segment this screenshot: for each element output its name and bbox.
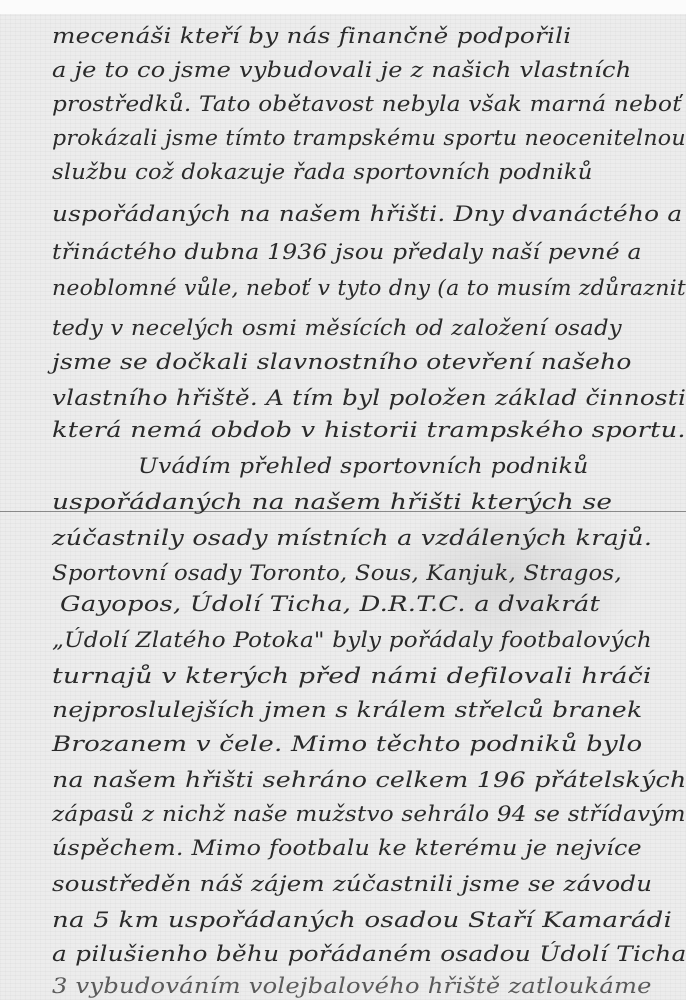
handwritten-line: zúčastnily osady místních a vzdálených k… xyxy=(52,526,652,550)
handwritten-line: uspořádaných na našem hřišti. Dny dvanác… xyxy=(52,202,682,226)
handwritten-line: a pilušienho běhu pořádaném osadou Údolí… xyxy=(52,942,686,966)
handwritten-line: soustředěn náš zájem zúčastnili jsme se … xyxy=(52,872,652,896)
handwritten-line: mecenáši kteří by nás finančně podpořili xyxy=(52,24,571,48)
handwritten-line: prokázali jsme tímto trampskému sportu n… xyxy=(52,126,686,150)
handwritten-line: „Údolí Zlatého Potoka" byly pořádaly foo… xyxy=(52,628,652,652)
handwritten-line: nejproslulejších jmen s králem střelců b… xyxy=(52,698,642,722)
handwritten-line: Gayopos, Údolí Ticha, D.R.T.C. a dvakrát xyxy=(60,592,600,616)
handwritten-line: Uvádím přehled sportovních podniků xyxy=(138,454,588,478)
handwritten-line: třináctého dubna 1936 jsou předaly naší … xyxy=(52,240,642,264)
handwritten-line: na našem hřišti sehráno celkem 196 přáte… xyxy=(52,768,686,792)
handwritten-line: prostředků. Tato obětavost nebyla však m… xyxy=(52,92,682,116)
handwritten-line: tedy v necelých osmi měsících od založen… xyxy=(52,316,622,340)
handwritten-line: Sportovní osady Toronto, Sous, Kanjuk, S… xyxy=(52,561,622,585)
handwritten-line: která nemá obdob v historii trampského s… xyxy=(52,418,686,442)
handwritten-line: vlastního hřiště. A tím byl položen zákl… xyxy=(52,386,686,410)
handwritten-line: uspořádaných na našem hřišti kterých se xyxy=(52,490,612,514)
handwritten-line: 3 vybudováním volejbalového hřiště zatlo… xyxy=(52,974,652,998)
handwritten-line: jsme se dočkali slavnostního otevření na… xyxy=(52,350,632,374)
handwritten-line: na 5 km uspořádaných osadou Staří Kamará… xyxy=(52,908,672,932)
handwritten-line: Brozanem v čele. Mimo těchto podniků byl… xyxy=(52,732,642,756)
handwritten-line: turnajů v kterých před námi defilovali h… xyxy=(52,664,652,688)
handwritten-line: službu což dokazuje řada sportovních pod… xyxy=(52,160,593,184)
handwritten-line: neoblomné vůle, neboť v tyto dny (a to m… xyxy=(52,276,686,300)
handwritten-line: úspěchem. Mimo footbalu ke kterému je ne… xyxy=(52,836,642,860)
handwritten-line: zápasů z nichž naše mužstvo sehrálo 94 s… xyxy=(52,802,686,826)
handwritten-line: a je to co jsme vybudovali je z našich v… xyxy=(52,58,631,82)
